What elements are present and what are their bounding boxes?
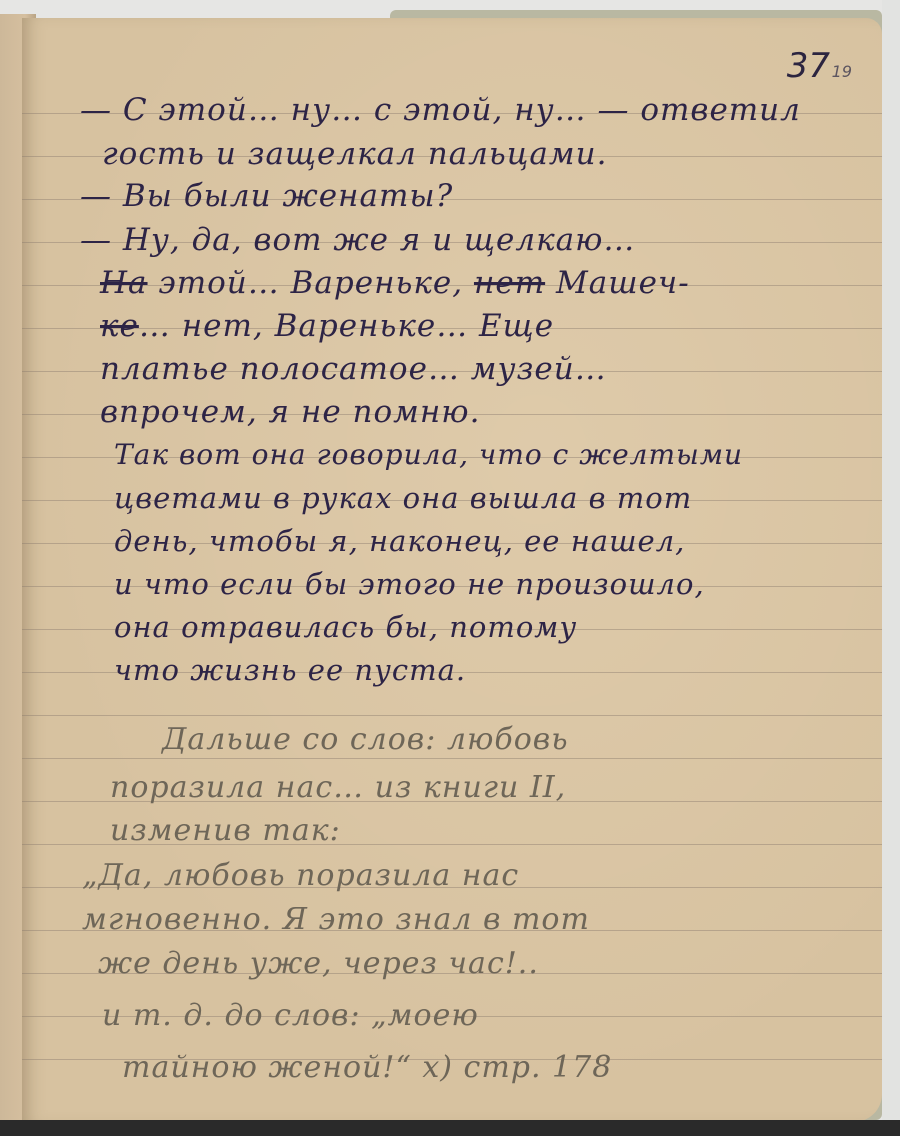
- page-number: 37: [787, 46, 830, 86]
- ink-line: день, чтобы я, наконец, ее нашел,: [114, 521, 900, 561]
- pencil-line: мгновенно. Я это знал в тот: [82, 900, 882, 940]
- pencil-line: тайною женой!“ х) стр. 178: [122, 1048, 900, 1088]
- ink-line-with-corrections: На этой… Вареньке, нет Машеч-: [100, 263, 900, 303]
- notebook-page: 37 19 — С этой… ну… с этой, ну… — ответи…: [22, 18, 882, 1122]
- pencil-line: же день уже, через час!..: [98, 944, 898, 984]
- pencil-line: изменив так:: [110, 811, 900, 851]
- struck-word: нет: [474, 265, 545, 301]
- struck-word: На: [100, 265, 148, 301]
- ink-line: и что если бы этого не произошло,: [114, 564, 900, 604]
- struck-word: ке: [100, 308, 139, 344]
- pencil-line: Дальше со слов: любовь: [162, 720, 900, 760]
- pencil-line: и т. д. до слов: „моею: [102, 996, 900, 1036]
- ink-line: впрочем, я не помню.: [100, 392, 900, 432]
- ruled-line: [22, 715, 882, 716]
- ink-line: что жизнь ее пуста.: [114, 650, 900, 690]
- ink-line-with-corrections: ке… нет, Вареньке… Еще: [100, 306, 900, 346]
- ink-line: — С этой… ну… с этой, ну… — ответил: [80, 90, 880, 130]
- ink-line: — Ну, да, вот же я и щелкаю…: [80, 220, 880, 260]
- scanner-bed-edge: [0, 1120, 900, 1136]
- pencil-line: поразила нас… из книги II,: [110, 768, 900, 808]
- ink-line: гость и защелкал пальцами.: [102, 134, 900, 174]
- ink-line: цветами в руках она вышла в тот: [114, 478, 900, 518]
- ink-line: — Вы были женаты?: [80, 176, 880, 216]
- page-number-secondary: 19: [832, 62, 852, 81]
- pencil-line: „Да, любовь поразила нас: [82, 856, 882, 896]
- ink-line: она отравилась бы, потому: [114, 607, 900, 647]
- ink-line: Так вот она говорила, что с желтыми: [114, 435, 900, 475]
- ink-line: платье полосатое… музей…: [100, 349, 900, 389]
